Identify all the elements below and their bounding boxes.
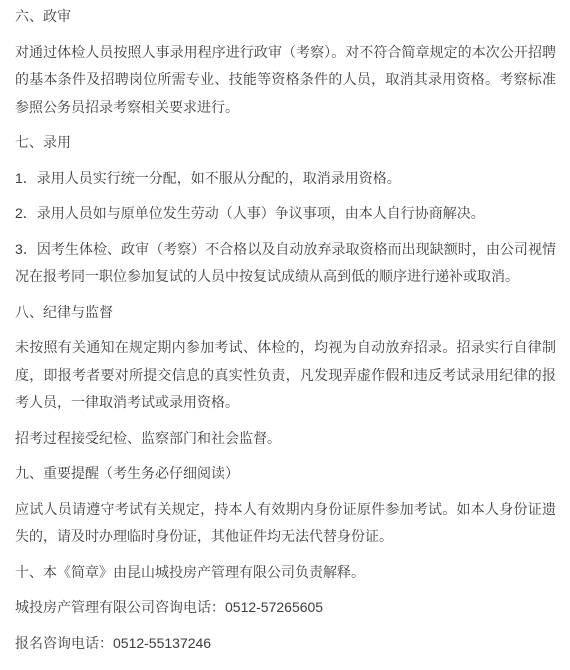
paragraph-company-phone: 城投房产管理有限公司咨询电话：0512-57265605	[15, 594, 556, 622]
list-item-employment-3: 3．因考生体检、政审（考察）不合格以及自动放弃录取资格而出现缺额时，由公司视情况…	[15, 236, 556, 291]
heading-section-10-interpretation: 十、本《简章》由昆山城投房产管理有限公司负责解释。	[15, 559, 556, 587]
paragraph-discipline-rules: 未按照有关通知在规定期内参加考试、体检的，均视为自动放弃招录。招录实行自律制度，…	[15, 334, 556, 417]
heading-section-9-reminder: 九、重要提醒（考生务必仔细阅读）	[15, 460, 556, 488]
paragraph-registration-phone: 报名咨询电话：0512-55137246	[15, 630, 556, 658]
document-page: { "page": { "background_color": "#ffffff…	[0, 0, 570, 670]
paragraph-supervision: 招考过程接受纪检、监察部门和社会监督。	[15, 425, 556, 453]
document-body: 六、政审 对通过体检人员按照人事录用程序进行政审（考察）。对不符合简章规定的本次…	[0, 0, 570, 670]
list-item-employment-2: 2．录用人员如与原单位发生劳动（人事）争议事项，由本人自行协商解决。	[15, 200, 556, 228]
paragraph-id-card-reminder: 应试人员请遵守考试有关规定，持本人有效期内身份证原件参加考试。如本人身份证遗失的…	[15, 496, 556, 551]
list-item-employment-1: 1．录用人员实行统一分配，如不服从分配的，取消录用资格。	[15, 165, 556, 193]
paragraph-political-review: 对通过体检人员按照人事录用程序进行政审（考察）。对不符合简章规定的本次公开招聘的…	[15, 39, 556, 122]
heading-section-6-political-review: 六、政审	[15, 3, 556, 31]
heading-section-7-employment: 七、录用	[15, 129, 556, 157]
heading-section-8-discipline: 八、纪律与监督	[15, 299, 556, 327]
